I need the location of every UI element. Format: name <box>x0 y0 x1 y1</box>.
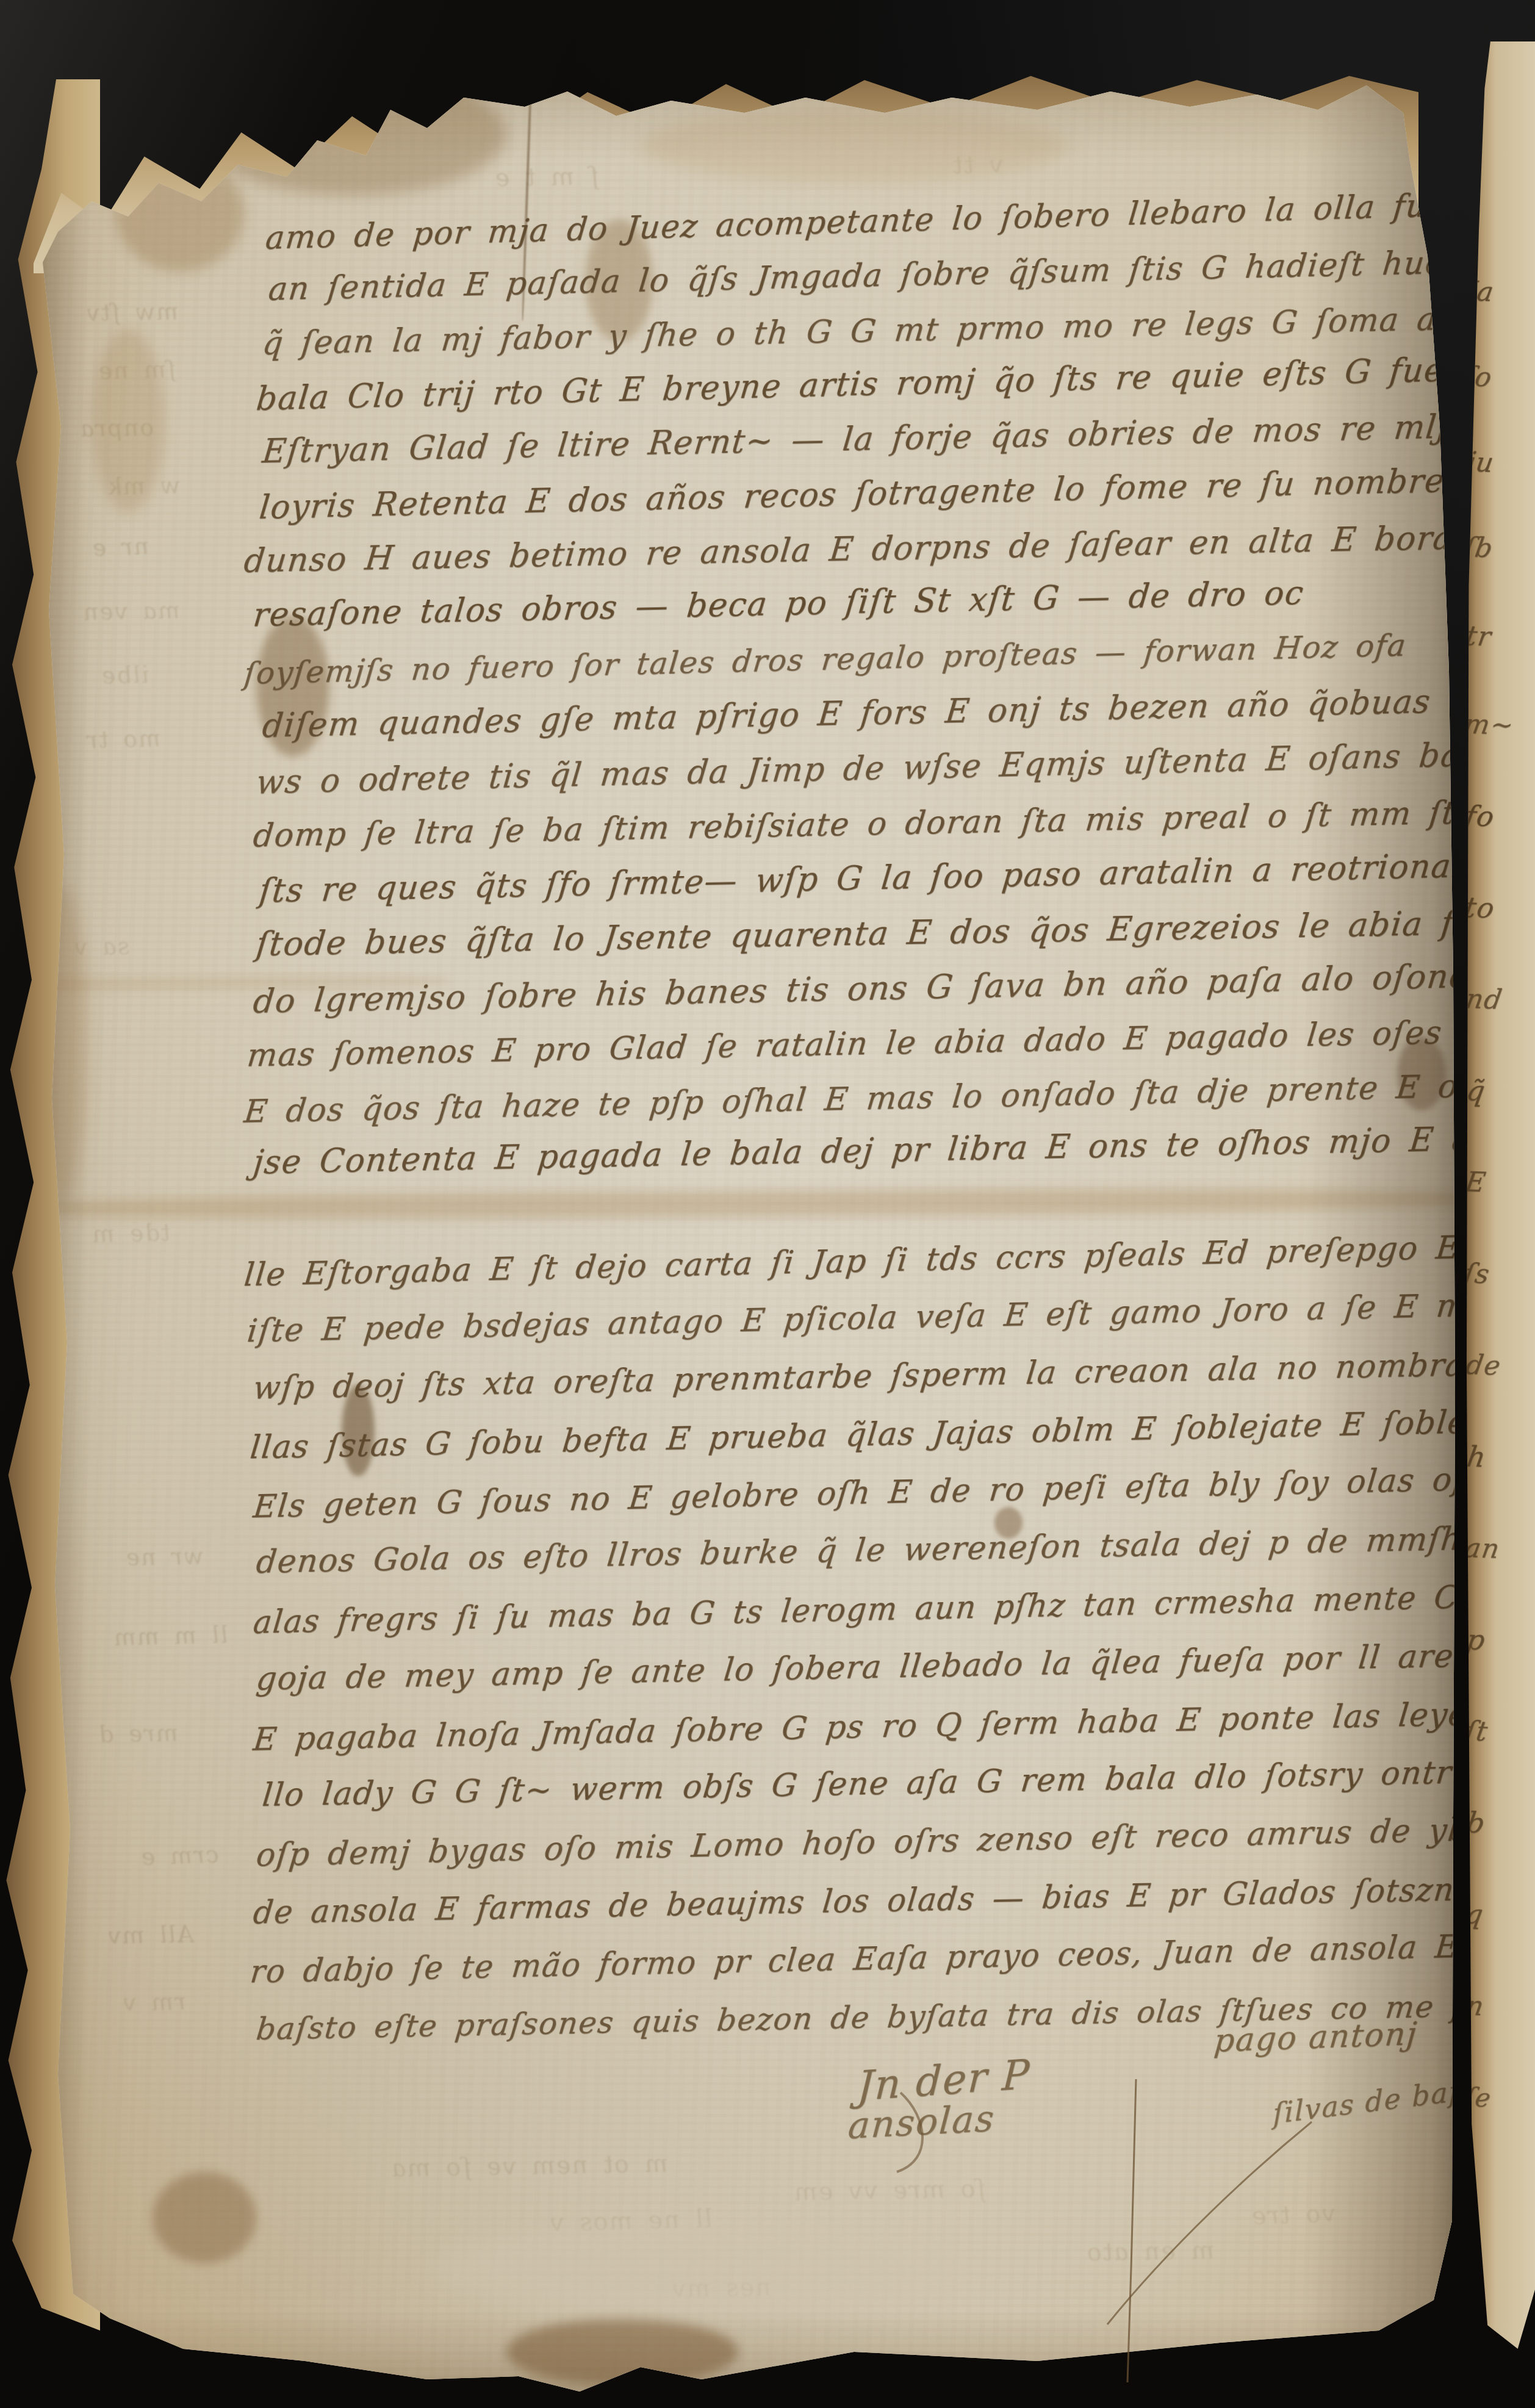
showthrough-line: nr e <box>90 533 150 561</box>
showthrough-line: ſm ne <box>96 356 177 384</box>
showthrough-line: tde m <box>90 1219 172 1247</box>
showthrough-line: mre d <box>96 1719 180 1747</box>
showthrough-line: ma ven <box>81 597 182 625</box>
showthrough-line: rm v <box>121 1988 187 2016</box>
neighbor-line-fragment: to <box>1463 891 1497 924</box>
handwriting-line: Els geten G ſous no E gelobre oſh E de r… <box>251 1461 1508 1526</box>
handwriting-line: ſts re ques q̃ts ſfo ſrmte— wſp G la ſoo… <box>257 847 1464 910</box>
paper-stain <box>427 2221 976 2318</box>
manuscript-page: mw ſtvſm neonpraw mknr ema venilbemo trs… <box>34 52 1487 2408</box>
neighbor-line-fragment: ſs <box>1463 1258 1492 1290</box>
handwriting-line: Eſtryan Glad ſe ltire Rernt~ — la forje … <box>261 408 1450 470</box>
handwriting-line: goja de mey amp ſe ante lo ſobera llebad… <box>254 1637 1500 1698</box>
handwriting-line: resaſone talos obros — beca po ſiſt St x… <box>251 574 1306 633</box>
showthrough-line: onpra <box>78 414 156 442</box>
neighbor-line-fragment: h <box>1465 1440 1489 1474</box>
manuscript-photo: mw ſtvſm neonpraw mknr ema venilbemo trs… <box>0 0 1535 2408</box>
handwriting-line: amo de por mja do Juez acompetante lo ſo… <box>264 182 1535 257</box>
showthrough-line: sa v <box>72 933 131 961</box>
handwriting-line: E dos q̃os ſta haze te pſp oſhal E mas l… <box>242 1066 1535 1131</box>
paper-stain <box>641 110 1068 183</box>
showthrough-line: w mk <box>106 472 182 500</box>
showthrough-line: mo tr <box>84 725 162 753</box>
showthrough-line: nes mv <box>670 2274 773 2304</box>
handwriting-line: wſp deoj ſts xta oreſta prenmtarbe ſsper… <box>251 1346 1508 1407</box>
handwriting-line: oſp demj bygas oſo mis Lomo hoſo oſrs ze… <box>254 1811 1506 1874</box>
handwriting-line: alas fregrs ſi ſu mas ba G ts lerogm aun… <box>251 1578 1530 1641</box>
neighbor-line-fragment: de <box>1464 1350 1503 1382</box>
handwriting-line: lle Eſtorgaba E ſt dejo carta ſi Jap ſi … <box>242 1227 1535 1294</box>
handwriting-line: do lgremjso ſobre his banes tis ons G ſa… <box>251 957 1472 1021</box>
handwriting-line: de ansola E farmas de beaujms los olads … <box>251 1870 1535 1932</box>
showthrough-line: wr ne <box>124 1542 205 1570</box>
showthrough-line: ſ m t e <box>493 162 600 192</box>
handwriting-line: domp ſe ltra ſe ba ſtim rebiſsiate o dor… <box>251 793 1535 855</box>
handwriting-line: jse Contenta E pagada le bala dej pr lib… <box>251 1120 1504 1181</box>
showthrough-line: mw ſtv <box>84 298 180 326</box>
handwriting-line: loyris Retenta E dos años recos ſotragen… <box>257 462 1447 526</box>
neighbor-line-fragment: q̃ <box>1464 1074 1488 1108</box>
handwriting-line: iſte E pede bsdejas antago E pſicola veſ… <box>245 1287 1489 1350</box>
showthrough-line: All mv <box>106 1921 195 1949</box>
handwriting-line: E pagaba lnoſa Jmſada ſobre G ps ro Q ſe… <box>251 1694 1535 1758</box>
handwriting-line: ro dabjo ſe te mão formo pr clea Eaſa pr… <box>248 1928 1510 1991</box>
showthrough-line: ſo mre vv em <box>792 2175 987 2207</box>
signature-left-line2: ansolas <box>847 2097 997 2148</box>
handwriting-line: diſem quandes gſe mta pſrigo E fors E on… <box>261 683 1433 744</box>
showthrough-line: crm e <box>139 1841 220 1871</box>
handwriting-line: denos Gola os eſto llros burke q̃ le wer… <box>254 1521 1464 1581</box>
showthrough-line: vo tre <box>1249 2199 1337 2230</box>
neighbor-line-fragment: nd <box>1464 983 1505 1016</box>
handwriting-line: q̃ ſean la mj fabor y ſhe o th G G mt pr… <box>261 297 1535 363</box>
payment-note: pago antonj <box>1212 2016 1419 2060</box>
handwriting-line: ſtode bues q̃ſta lo Jsente quarenta E do… <box>254 904 1456 963</box>
showthrough-line: ilbe <box>99 661 151 689</box>
fold-crease <box>35 1186 1475 1221</box>
handwriting-line: llas ſstas G ſobu befta E prueba q̃las J… <box>248 1403 1535 1467</box>
handwriting-line: ws o odrete tis q̃l mas da Jimp de wſse … <box>254 736 1462 801</box>
handwriting-line: mas ſomenos E pro Glad ſe ratalin le abi… <box>245 1013 1535 1075</box>
showthrough-line: m ot nem ve ſo ma <box>389 2150 670 2183</box>
paper-stain <box>153 2172 256 2263</box>
handwriting-line: dunso H aues betimo re ansola E dorpns d… <box>242 519 1497 580</box>
showthrough-line: v tt <box>951 151 1005 180</box>
showthrough-line: m en ato <box>1085 2237 1217 2267</box>
showthrough-line: ll m mm <box>112 1621 229 1651</box>
neighbor-line-fragment: m~ <box>1463 708 1517 741</box>
handwriting-line: ſoyſemjſs no fuero ſor tales dros regalo… <box>242 628 1408 692</box>
neighbor-line-fragment: an <box>1463 1533 1503 1565</box>
handwriting-line: llo lady G G ſt~ werm obſs G ſene aſa G … <box>261 1754 1485 1814</box>
handwriting-line: bala Clo trij rto Gt E breyne artis romj… <box>254 351 1457 417</box>
showthrough-line: ll ne mos v <box>548 2205 714 2237</box>
